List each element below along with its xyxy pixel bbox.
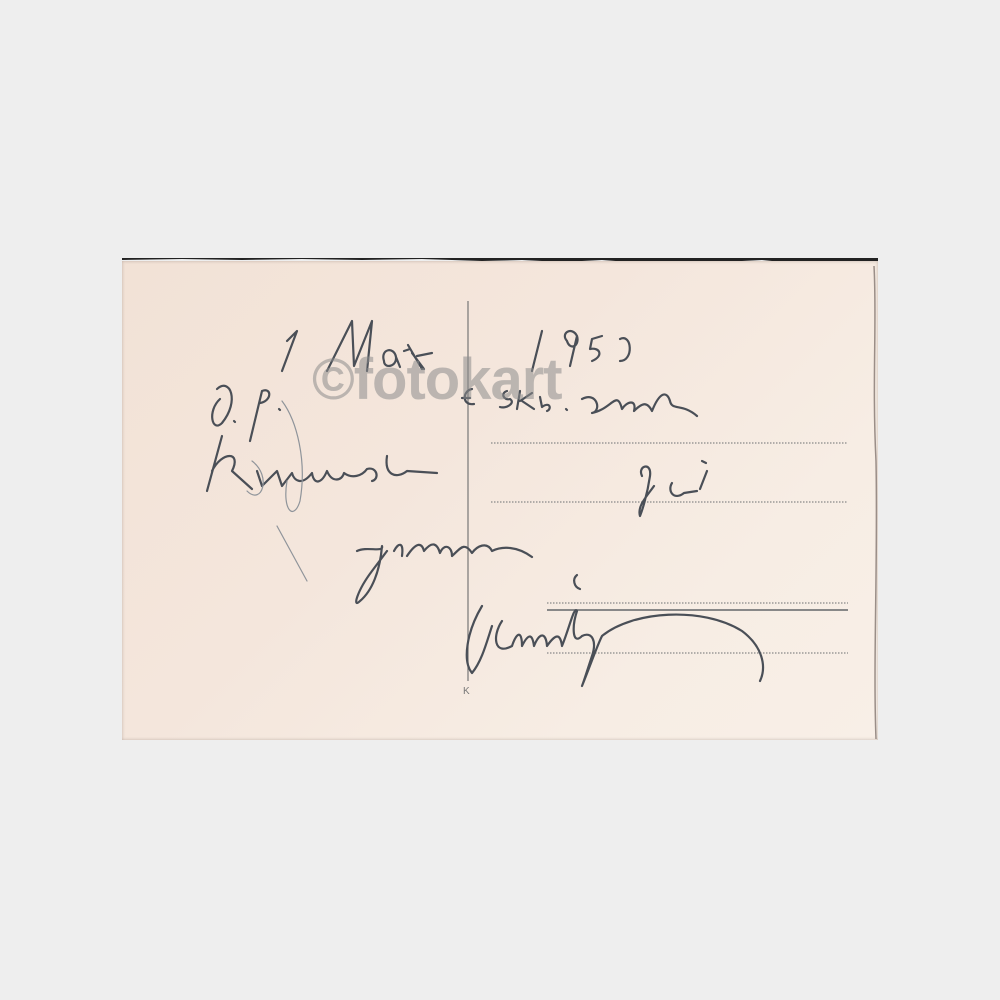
postcard-back: ©fotokart K 1 Mart 1950 D.P. Eskişehirde… [122,261,878,740]
printed-k-mark: K [463,686,470,697]
postcard-drawing [122,261,878,740]
watermark: ©fotokart [312,351,692,409]
